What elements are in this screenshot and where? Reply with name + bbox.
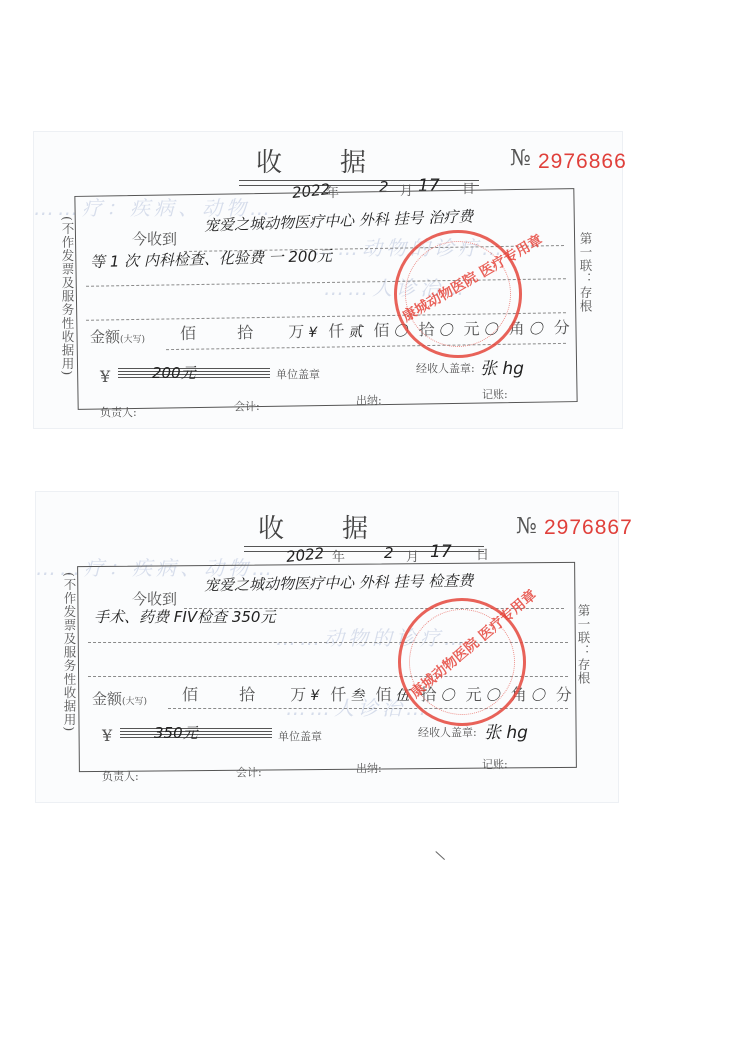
collector-signature: 张 hg xyxy=(484,718,528,743)
day-label: 日 xyxy=(476,544,489,563)
amount-uppercase-note: (大写) xyxy=(122,697,147,707)
month-value: 2 xyxy=(384,544,394,562)
receipt-title: 收据 xyxy=(258,508,426,545)
number-sign: № xyxy=(516,514,537,539)
amount-label-text: 金额 xyxy=(92,690,122,708)
cashier-label: 出纳: xyxy=(356,392,382,408)
amount-digit: 〇 xyxy=(531,685,545,705)
side-note-left: (不作发票及服务性收据用) xyxy=(62,572,77,752)
year-value: 2022 xyxy=(285,544,325,566)
amount-unit: 仟 xyxy=(330,682,346,705)
month-label: 月 xyxy=(406,546,419,565)
dotted-line xyxy=(168,708,568,709)
stray-mark: \ xyxy=(434,848,446,864)
amount-digit: ¥ xyxy=(310,688,319,704)
amount-unit: 分 xyxy=(554,315,570,338)
accountant-label: 会计: xyxy=(234,398,260,414)
year-label: 年 xyxy=(332,546,345,565)
bookkeeping-label: 记账: xyxy=(482,386,508,402)
amount-unit: 万 xyxy=(290,682,306,705)
amount-unit: 拾 xyxy=(239,682,255,705)
yen-symbol: ¥ xyxy=(102,726,112,745)
amount-label-text: 金额 xyxy=(90,328,120,346)
collector-signature: 张 hg xyxy=(480,354,524,379)
amount-unit: 佰 xyxy=(375,682,391,705)
collector-seal-label: 经收人盖章: xyxy=(418,724,477,740)
receipt-2: ……疗：疾病、动物… ……动物的诊疗… ……人诊治… 收据 № 2976867 … xyxy=(36,492,618,802)
amount-digit: ¥ xyxy=(308,325,317,341)
amount-unit: 佰 xyxy=(180,321,196,344)
responsible-label: 负责人: xyxy=(102,768,139,784)
amount-unit: 佰 xyxy=(373,318,389,341)
amount-digit: 〇 xyxy=(529,318,543,338)
day-value: 17 xyxy=(430,542,452,562)
bookkeeping-label: 记账: xyxy=(482,756,508,772)
amount-uppercase-note: (大写) xyxy=(120,335,145,345)
number-sign: № xyxy=(510,146,531,171)
serial-number: 2976866 xyxy=(538,150,627,174)
amount-label: 金额(大写) xyxy=(90,326,145,347)
receipt-1: ……疗：疾病、动物… ……动物的诊疗… ……人诊治… 收据 № 2976866 … xyxy=(34,132,622,428)
amount-unit: 佰 xyxy=(182,682,198,705)
copy-label: 第一联：存根 xyxy=(578,232,593,332)
yen-symbol: ¥ xyxy=(100,367,110,386)
unit-seal-label: 单位盖章 xyxy=(276,366,320,382)
amount-figure: 200元 xyxy=(152,362,196,383)
amount-unit: 拾 xyxy=(237,320,253,343)
cashier-label: 出纳: xyxy=(356,760,382,776)
responsible-label: 负责人: xyxy=(100,404,137,420)
amount-unit: 万 xyxy=(288,319,304,342)
side-note-left: (不作发票及服务性收据用) xyxy=(60,216,75,396)
received-from-line2: 手术、药费 FIV检查 350元 xyxy=(94,606,275,627)
receipt-title: 收据 xyxy=(256,142,424,179)
amount-digit: 贰 xyxy=(348,321,362,341)
unit-seal-label: 单位盖章 xyxy=(278,728,322,744)
amount-label: 金额(大写) xyxy=(92,688,147,709)
amount-unit: 分 xyxy=(556,682,572,705)
serial-number: 2976867 xyxy=(544,516,633,540)
amount-figure: 350元 xyxy=(154,722,198,743)
accountant-label: 会计: xyxy=(236,764,262,780)
received-from-label: 今收到 xyxy=(132,228,177,249)
collector-seal-label: 经收人盖章: xyxy=(416,360,475,376)
copy-label: 第一联：存根 xyxy=(576,604,591,704)
amount-unit: 仟 xyxy=(328,318,344,341)
amount-digit: 叁 xyxy=(350,685,364,705)
